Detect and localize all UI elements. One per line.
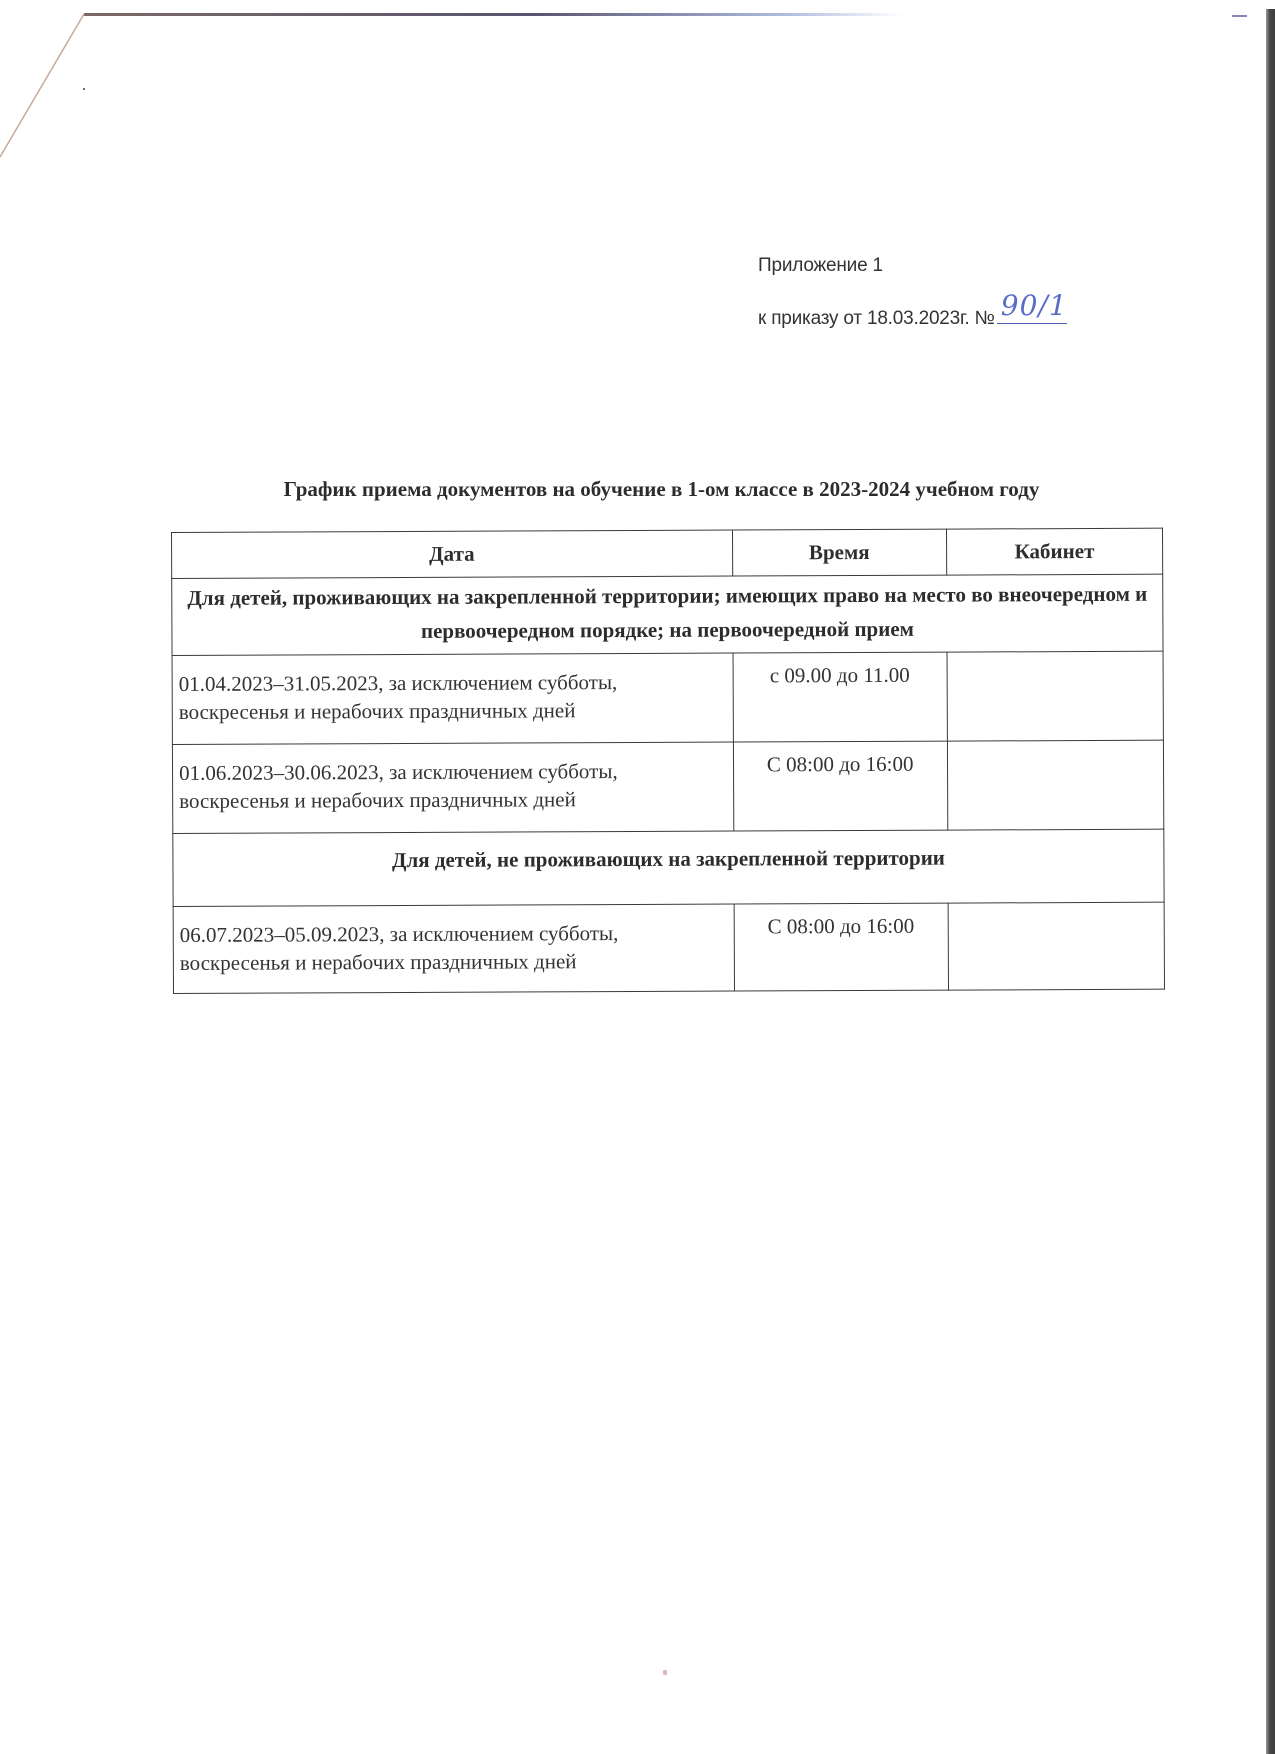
table-row: 06.07.2023–05.09.2023, за исключением су… bbox=[173, 902, 1164, 993]
scan-edge-diagonal bbox=[0, 0, 90, 160]
group-heading-row: Для детей, проживающих на закрепленной т… bbox=[172, 574, 1163, 655]
table-row: 01.04.2023–31.05.2023, за исключением су… bbox=[172, 651, 1163, 744]
table-row: 01.06.2023–30.06.2023, за исключением су… bbox=[172, 740, 1163, 833]
scan-mark bbox=[1232, 15, 1247, 17]
schedule-table: Дата Время Кабинет Для детей, проживающи… bbox=[171, 528, 1165, 994]
group-heading-resident: Для детей, проживающих на закрепленной т… bbox=[172, 574, 1163, 655]
cell-room bbox=[947, 651, 1164, 741]
order-reference: к приказу от 18.03.2023г. №90/1 bbox=[758, 303, 1067, 330]
cell-date: 01.06.2023–30.06.2023, за исключением су… bbox=[172, 742, 733, 833]
order-prefix: к приказу от 18.03.2023г. № bbox=[758, 308, 995, 329]
cell-time: С 08:00 до 16:00 bbox=[734, 903, 949, 991]
group-heading-row: Для детей, не проживающих на закрепленно… bbox=[173, 829, 1164, 906]
cell-room bbox=[947, 740, 1164, 830]
cell-time: С 08:00 до 16:00 bbox=[733, 741, 948, 831]
annex-label: Приложение 1 bbox=[758, 255, 883, 277]
scan-speck bbox=[83, 88, 85, 90]
scan-edge-top bbox=[84, 13, 904, 16]
header-room: Кабинет bbox=[946, 528, 1162, 575]
document-title: График приема документов на обучение в 1… bbox=[0, 477, 1275, 502]
handwritten-order-number: 90/1 bbox=[1001, 289, 1068, 322]
cell-room bbox=[948, 902, 1165, 990]
scan-speck bbox=[663, 1670, 667, 1675]
cell-time: с 09.00 до 11.00 bbox=[733, 652, 948, 742]
table-header-row: Дата Время Кабинет bbox=[172, 528, 1163, 578]
order-number-field: 90/1 bbox=[997, 303, 1067, 324]
scan-edge-right bbox=[1266, 9, 1275, 1754]
cell-date: 01.04.2023–31.05.2023, за исключением су… bbox=[172, 653, 733, 744]
header-date: Дата bbox=[172, 530, 733, 578]
group-heading-nonresident: Для детей, не проживающих на закрепленно… bbox=[173, 829, 1164, 906]
header-time: Время bbox=[732, 529, 946, 576]
cell-date: 06.07.2023–05.09.2023, за исключением су… bbox=[173, 904, 734, 993]
